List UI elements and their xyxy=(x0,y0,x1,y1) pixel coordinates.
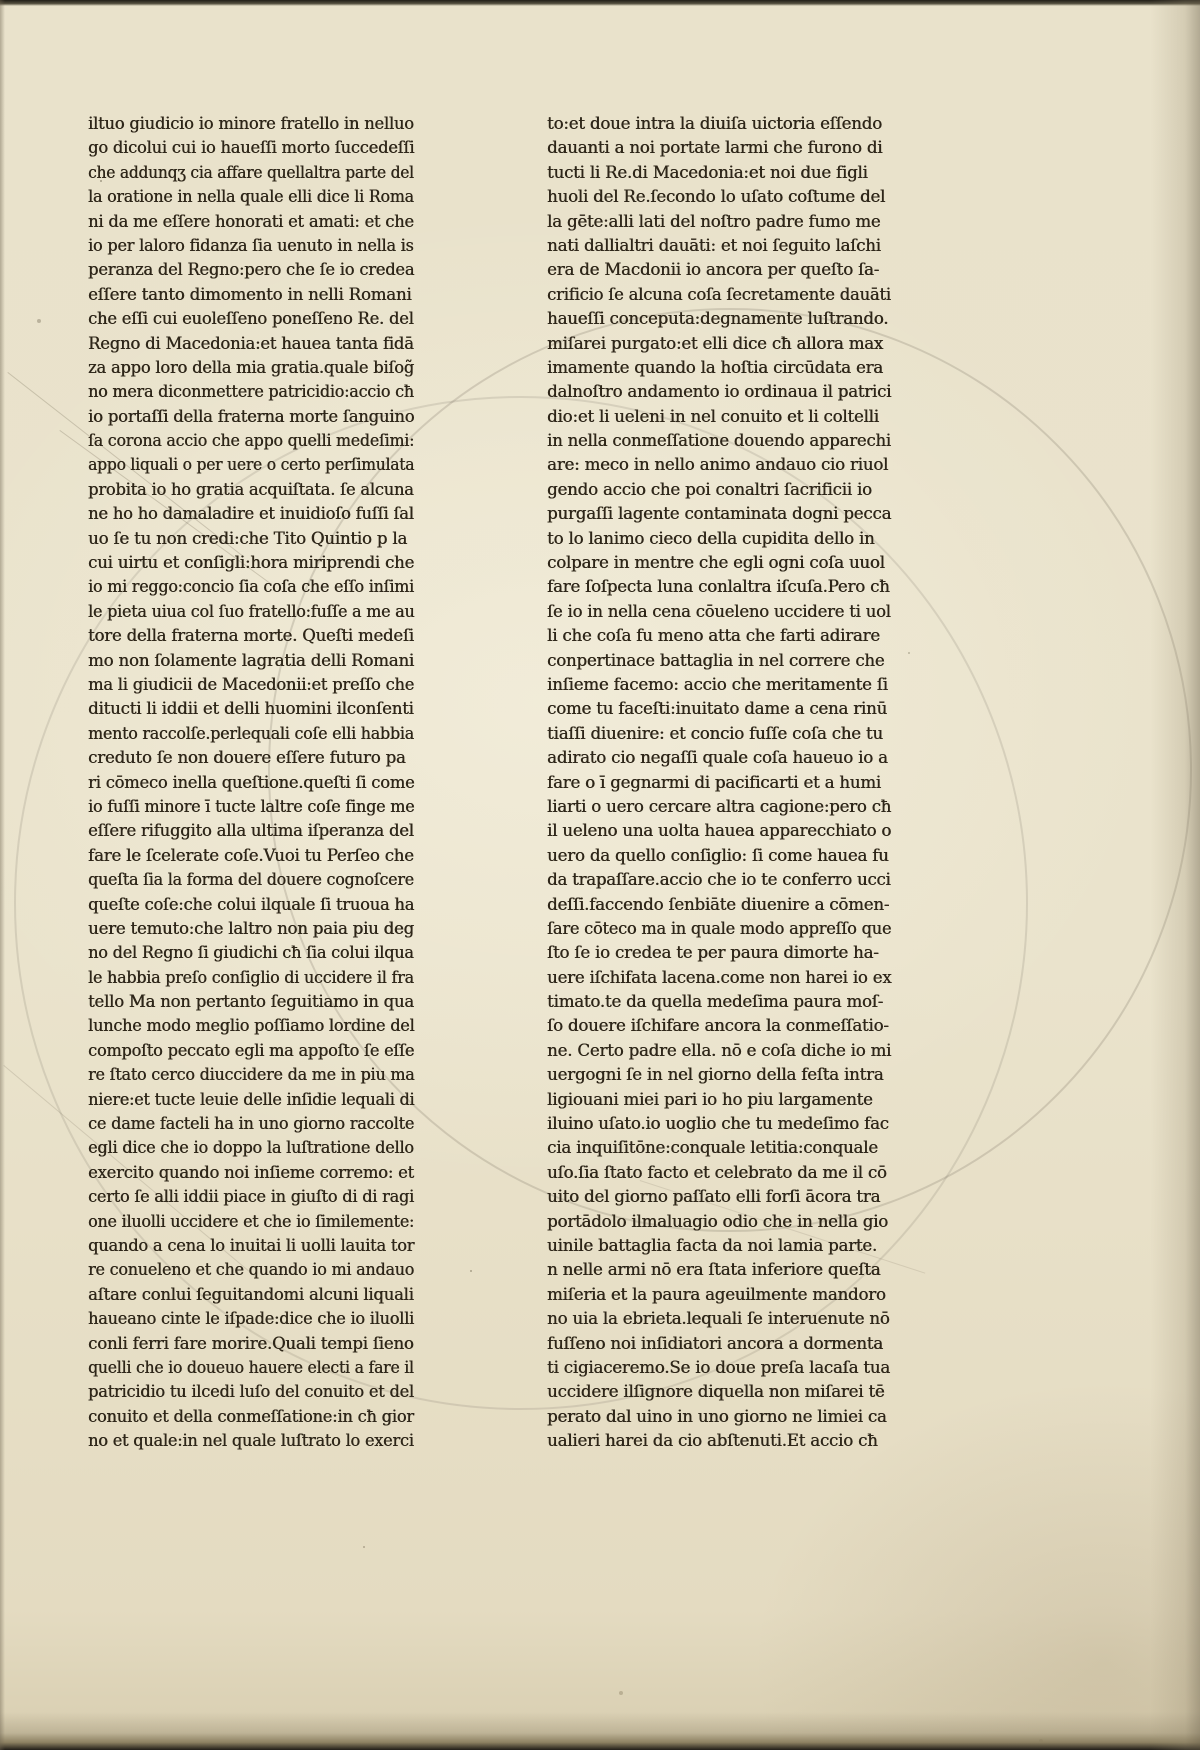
text-line: tucti li Re.di Macedonia:et noi due figl… xyxy=(547,161,891,185)
text-line: perato dal uino in uno giorno ne limiei … xyxy=(547,1405,891,1429)
text-line: ditucti li iddii et delli huomini ilconſ… xyxy=(88,697,414,721)
text-line: ligiouani miei pari io ho piu largamente xyxy=(547,1088,891,1112)
text-line: purgaſſi lagente contaminata dogni pecca xyxy=(547,502,891,526)
text-line: exercito quando noi inſieme corremo: et xyxy=(88,1161,409,1185)
text-line: timato.te da quella medeſima paura moſ- xyxy=(547,990,891,1014)
text-line: creduto ſe non douere eſſere futuro pa xyxy=(88,746,414,770)
text-line: uo ſe tu non credi:che Tito Quintio p la xyxy=(88,527,414,551)
text-line: dauanti a noi portate larmi che furono d… xyxy=(547,136,891,160)
text-line: fuſſeno noi inſidiatori ancora a dorment… xyxy=(547,1332,891,1356)
text-line: fare ſoſpecta luna conlaltra iſcuſa.Pero… xyxy=(547,575,891,599)
text-line: tello Ma non pertanto ſeguitiamo in qua xyxy=(88,990,411,1014)
text-line: mento raccolſe.perlequali coſe elli habb… xyxy=(88,722,399,746)
text-line: le habbia preſo conſiglio di uccidere il… xyxy=(88,966,400,990)
text-line: no del Regno ſi giudichi cħ ſia colui il… xyxy=(88,941,403,965)
text-line: re conueleno et che quando io mi andauo xyxy=(88,1258,401,1282)
text-line: conuito et della conmeſſatione:in cħ gio… xyxy=(88,1405,406,1429)
text-line: aſtare conlui ſeguitandomi alcuni liqual… xyxy=(88,1283,410,1307)
text-line: za appo loro della mia gratia.quale biſo… xyxy=(88,356,407,380)
page-edge-bottom xyxy=(0,1712,1200,1750)
text-line: tiaſſi diuenire: et concio fuſſe coſa ch… xyxy=(547,722,891,746)
text-line: uinile battaglia facta da noi lamia part… xyxy=(547,1234,891,1258)
text-line: to lo lanimo cieco della cupidita dello … xyxy=(547,527,891,551)
text-line: crificio ſe alcuna coſa ſecretamente dau… xyxy=(547,283,886,307)
text-line: no uia la ebrieta.lequali ſe interuenute… xyxy=(547,1307,891,1331)
text-line: che eſſi cui euoleſſeno poneſſeno Re. de… xyxy=(88,307,408,331)
text-line: ne ho ho damaladire et inuidioſo fuſſi ſ… xyxy=(88,502,408,526)
text-line: patricidio tu ilcedi luſo del conuito et… xyxy=(88,1380,405,1404)
text-line: miſarei purgato:et elli dice cħ allora m… xyxy=(547,332,891,356)
text-line: queſta ſia la forma del douere cognoſcer… xyxy=(88,868,399,892)
text-line: ſa corona accio che appo quelli medeſimi… xyxy=(88,429,398,453)
text-line: ti cigiaceremo.Se io doue preſa lacaſa t… xyxy=(547,1356,891,1380)
text-line: egli dice che io doppo la luſtratione de… xyxy=(88,1136,403,1160)
text-line: Regno di Macedonia:et hauea tanta fidā xyxy=(88,332,410,356)
text-line: uito del giorno paſſato elli forſi ācora… xyxy=(547,1185,891,1209)
text-line: go dicolui cui io haueſſi morto ſuccedeſ… xyxy=(88,136,407,160)
text-line: niere:et tucte leuie delle inſidie lequa… xyxy=(88,1088,402,1112)
text-line: appo liquali o per uere o certo perſimul… xyxy=(88,453,392,477)
text-line: io per laloro fidanza ſia uenuto in nell… xyxy=(88,234,402,258)
text-line: quando a cena lo inuitai li uolli lauita… xyxy=(88,1234,406,1258)
text-line: dio:et li ueleni in nel conuito et li co… xyxy=(547,405,891,429)
text-line: n nelle armi nō era ſtata inferiore queſ… xyxy=(547,1258,891,1282)
text-line: la oratione in nella quale elli dice li … xyxy=(88,185,399,209)
text-line: huoli del Re.ſecondo lo uſato coſtume de… xyxy=(547,185,891,209)
text-line: conpertinace battaglia in nel correre ch… xyxy=(547,649,891,673)
text-line: haueano cinte le iſpade:dice che io iluo… xyxy=(88,1307,403,1331)
text-line: uere temuto:che laltro non paia piu deg xyxy=(88,917,413,941)
text-line: lunche modo meglio poſſiamo lordine del xyxy=(88,1014,403,1038)
text-line: are: meco in nello animo andauo cio riuo… xyxy=(547,453,891,477)
text-line: cui uirtu et conſigli:hora miriprendi ch… xyxy=(88,551,413,575)
text-line: fare le ſcelerate coſe.Vuoi tu Perſeo ch… xyxy=(88,844,414,868)
text-line: liarti o uero cercare altra cagione:pero… xyxy=(547,795,890,819)
text-line: che addunqʒ cia affare quellaltra parte … xyxy=(88,161,390,185)
text-line: uergogni ſe in nel giorno della feſta in… xyxy=(547,1063,891,1087)
text-line: quelli che io doueuo hauere electi a far… xyxy=(88,1356,394,1380)
text-line: queſte coſe:che colui ilquale ſi truoua … xyxy=(88,893,407,917)
text-line: adirato cio negaſſi quale coſa haueuo io… xyxy=(547,746,891,770)
text-line: li che coſa fu meno atta che farti adira… xyxy=(547,624,891,648)
text-line: dalnoſtro andamento io ordinaua il patri… xyxy=(547,380,890,404)
text-line: to:et doue intra la diuiſa uictoria eſſe… xyxy=(547,112,891,136)
text-line: ſe io in nella cena cōueleno uccidere ti… xyxy=(547,600,887,624)
text-line: certo ſe alli iddii piace in giuſto di d… xyxy=(88,1185,403,1209)
text-line: iltuo giudicio io minore fratello in nel… xyxy=(88,112,408,136)
text-line: uere iſchifata lacena.come non harei io … xyxy=(547,966,890,990)
text-line: ne. Certo padre ella. nō e coſa diche io… xyxy=(547,1039,891,1063)
text-line: haueſſi conceputa:degnamente luſtrando. xyxy=(547,307,891,331)
text-line: imamente quando la hoſtia circūdata era xyxy=(547,356,891,380)
text-line: come tu faceſti:inuitato dame a cena rin… xyxy=(547,697,891,721)
text-line: io fuſſi minore ī tucte laltre coſe fing… xyxy=(88,795,402,819)
text-line: deſſi.faccendo ſenbiāte diuenire a cōmen… xyxy=(547,893,891,917)
text-line: gendo accio che poi conaltri ſacrificii … xyxy=(547,478,891,502)
text-line: io portaſſi della fraterna morte ſanguin… xyxy=(88,405,410,429)
text-line: compoſto peccato egli ma appoſto ſe eſſe xyxy=(88,1039,404,1063)
text-line: one iluolli uccidere et che io ſimilemen… xyxy=(88,1210,400,1234)
text-line: mo non ſolamente lagratia delli Romani xyxy=(88,649,414,673)
text-line: ualieri harei da cio abſtenuti.Et accio … xyxy=(547,1429,891,1453)
text-line: ma li giudicii de Macedonii:et preſſo ch… xyxy=(88,673,407,697)
text-line: re ſtato cerco diuccidere da me in piu m… xyxy=(88,1063,401,1087)
text-line: probita io ho gratia acquiſtata. ſe alcu… xyxy=(88,478,407,502)
text-line: portādolo ilmaluagio odio che in nella g… xyxy=(547,1210,891,1234)
text-line: ſto ſe io credea te per paura dimorte ha… xyxy=(547,941,891,965)
text-line: cia inquiſitōne:conquale letitia:conqual… xyxy=(547,1136,891,1160)
text-line: fare o ī gegnarmi di pacificarti et a hu… xyxy=(547,771,891,795)
text-line: le pieta uiua col ſuo fratello:fuſſe a m… xyxy=(88,600,401,624)
text-column-right: to:et doue intra la diuiſa uictoria eſſe… xyxy=(547,112,891,1453)
text-line: uſo.ſia ſtato facto et celebrato da me i… xyxy=(547,1161,891,1185)
page-edge-top xyxy=(0,0,1200,6)
text-line: la gēte:alli lati del noſtro padre fumo … xyxy=(547,210,891,234)
text-line: colpare in mentre che egli ogni coſa uuo… xyxy=(547,551,891,575)
text-column-left: iltuo giudicio io minore fratello in nel… xyxy=(88,112,414,1453)
text-line: eſſere tanto dimomento in nelli Romani xyxy=(88,283,414,307)
text-line: nati dallialtri dauāti: et noi ſeguito l… xyxy=(547,234,891,258)
text-line: uero da quello conſiglio: ſi come hauea … xyxy=(547,844,891,868)
text-line: no et quale:in nel quale luſtrato lo exe… xyxy=(88,1429,404,1453)
text-line: uccidere ilſignore diquella non miſarei … xyxy=(547,1380,891,1404)
scanned-page: iltuo giudicio io minore fratello in nel… xyxy=(0,0,1200,1750)
text-line: il ueleno una uolta hauea apparecchiato … xyxy=(547,819,890,843)
text-line: era de Macdonii io ancora per queſto ſa- xyxy=(547,258,891,282)
text-line: io mi reggo:concio ſia coſa che eſſo inſ… xyxy=(88,575,400,599)
text-line: tore della fraterna morte. Queſti medeſi xyxy=(88,624,412,648)
text-line: ſare cōteco ma in quale modo appreſſo qu… xyxy=(547,917,881,941)
text-line: no mera diconmettere patricidio:accio cħ xyxy=(88,380,401,404)
text-line: conli ferri fare morire.Quali tempi ſien… xyxy=(88,1332,413,1356)
text-line: da trapaſſare.accio che io te conferro u… xyxy=(547,868,889,892)
text-line: in nella conmeſſatione douendo apparechi xyxy=(547,429,888,453)
text-line: miſeria et la paura ageuilmente mandoro xyxy=(547,1283,891,1307)
text-line: eſſere rifuggito alla ultima iſperanza d… xyxy=(88,819,410,843)
text-line: ri cōmeco inella queſtione.queſti ſi com… xyxy=(88,771,408,795)
text-line: ni da me eſſere honorati et amati: et ch… xyxy=(88,210,407,234)
text-line: inſieme facemo: accio che meritamente ſi xyxy=(547,673,891,697)
text-line: ce dame facteli ha in uno giorno raccolt… xyxy=(88,1112,403,1136)
text-line: ſo douere iſchifare ancora la conmeſſati… xyxy=(547,1014,891,1038)
page-edge-left xyxy=(0,0,5,1750)
text-line: peranza del Regno:pero che ſe io credea xyxy=(88,258,407,282)
text-line: iluino uſato.io uoglio che tu medeſimo f… xyxy=(547,1112,891,1136)
